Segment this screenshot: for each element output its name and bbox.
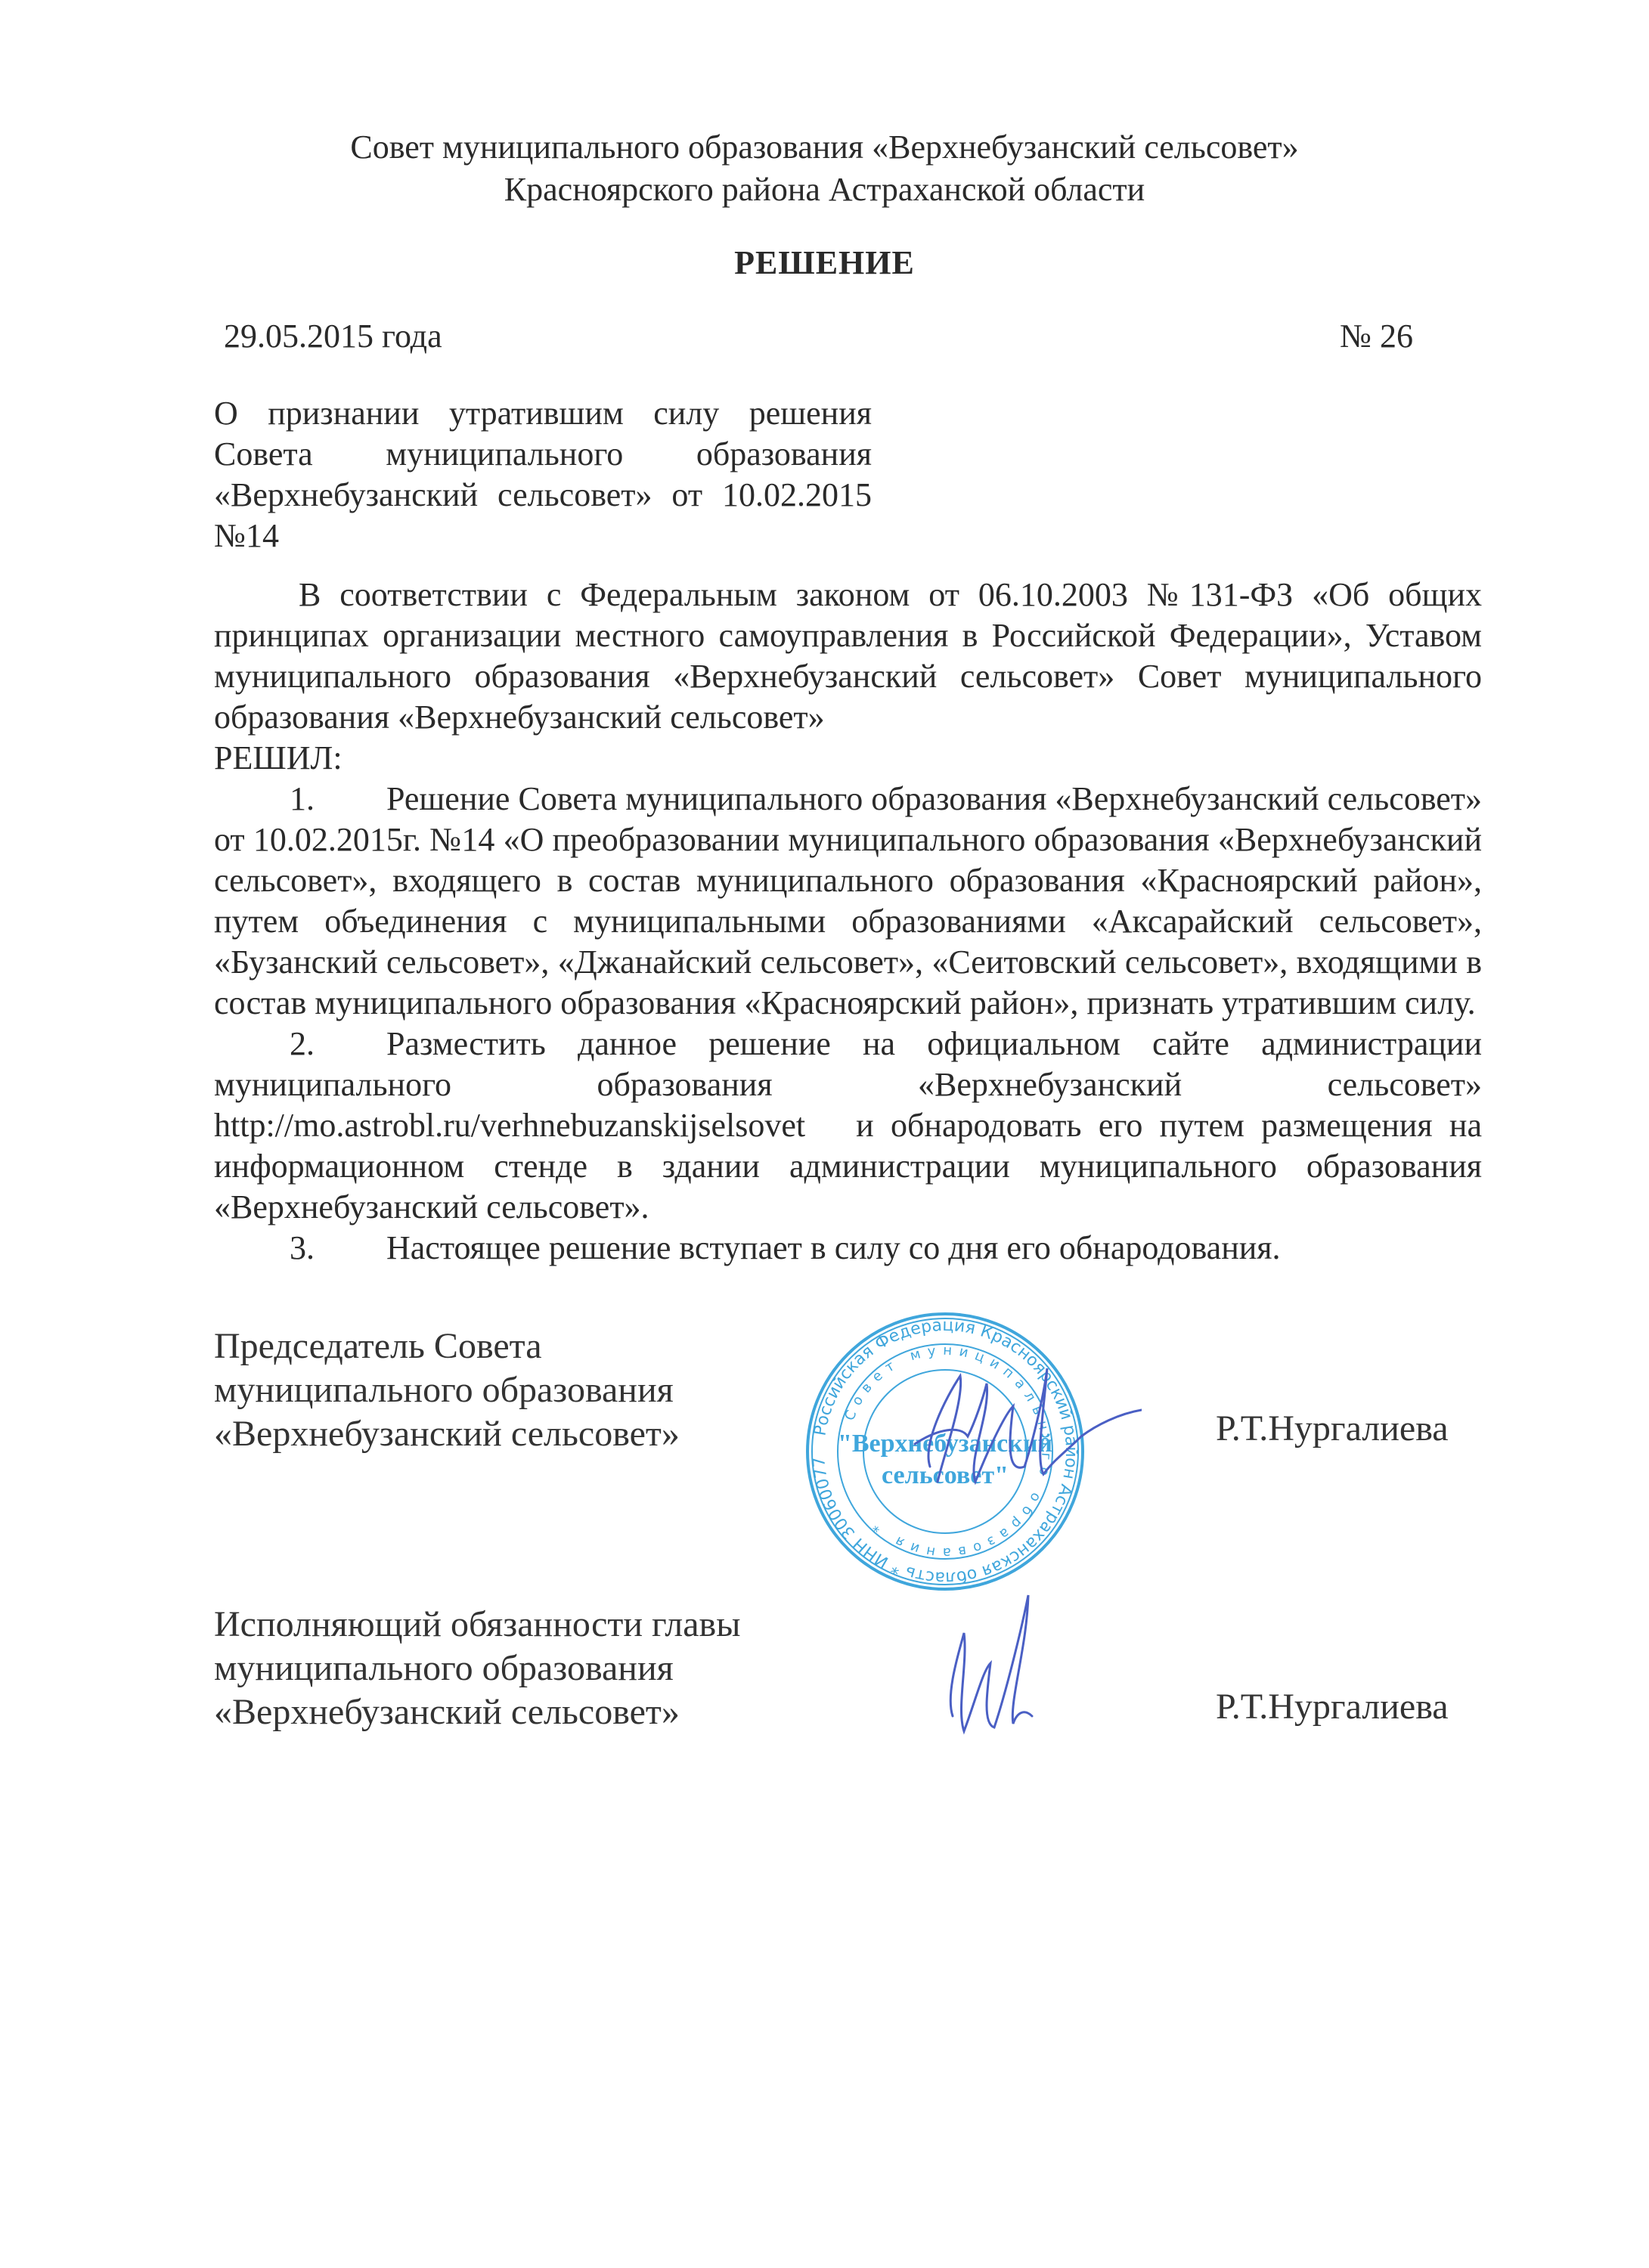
- signatory-title-line: «Верхнебузанский сельсовет»: [214, 1412, 680, 1456]
- decision-subject: О признании утратившим силу решения Сове…: [214, 393, 872, 556]
- item-number: 1.: [214, 779, 386, 820]
- issuer-line-2: Красноярского района Астраханской област…: [0, 169, 1649, 211]
- item-text: Разместить данное решение на официальном…: [214, 1025, 1482, 1103]
- decision-body: В соответствии с Федеральным законом от …: [214, 575, 1482, 1269]
- issuer-line-1: Совет муниципального образования «Верхне…: [0, 126, 1649, 169]
- signatory-1-name: Р.Т.Нургалиева: [1216, 1408, 1449, 1449]
- item-number: 2.: [214, 1024, 386, 1064]
- signatory-title-line: Председатель Совета: [214, 1325, 680, 1368]
- document-page: Совет муниципального образования «Верхне…: [0, 0, 1649, 2268]
- website-link[interactable]: http://mo.astrobl.ru/verhnebuzanskijsels…: [214, 1107, 805, 1144]
- subject-line: Совета муниципального образования: [214, 434, 872, 475]
- signatory-title-line: «Верхнебузанский сельсовет»: [214, 1690, 740, 1734]
- subject-line: №14: [214, 516, 872, 556]
- handwritten-signature-1-icon: [892, 1353, 1142, 1512]
- signatory-1-title: Председатель Совета муниципального образ…: [214, 1325, 680, 1456]
- subject-line: О признании утратившим силу решения: [214, 393, 872, 434]
- document-title: РЕШЕНИЕ: [0, 243, 1649, 282]
- resolved-label: РЕШИЛ:: [214, 738, 1482, 779]
- signatory-title-line: муниципального образования: [214, 1647, 740, 1690]
- signatory-title-line: Исполняющий обязанности главы: [214, 1603, 740, 1647]
- resolution-item-3: 3.Настоящее решение вступает в силу со д…: [214, 1228, 1482, 1269]
- item-text: Настоящее решение вступает в силу со дня…: [386, 1229, 1281, 1266]
- decision-date: 29.05.2015 года: [224, 316, 442, 356]
- handwritten-signature-2-icon: [938, 1588, 1043, 1739]
- item-text: Решение Совета муниципального образовани…: [214, 780, 1482, 1021]
- resolution-item-1: 1.Решение Совета муниципального образова…: [214, 779, 1482, 1024]
- signatory-2-title: Исполняющий обязанности главы муниципаль…: [214, 1603, 740, 1734]
- preamble: В соответствии с Федеральным законом от …: [214, 575, 1482, 738]
- signatory-title-line: муниципального образования: [214, 1368, 680, 1412]
- resolution-item-2: 2.Разместить данное решение на официальн…: [214, 1024, 1482, 1228]
- decision-number: № 26: [1340, 316, 1413, 356]
- subject-line: «Верхнебузанский сельсовет» от 10.02.201…: [214, 475, 872, 516]
- item-number: 3.: [214, 1228, 386, 1269]
- signatory-2-name: Р.Т.Нургалиева: [1216, 1686, 1449, 1727]
